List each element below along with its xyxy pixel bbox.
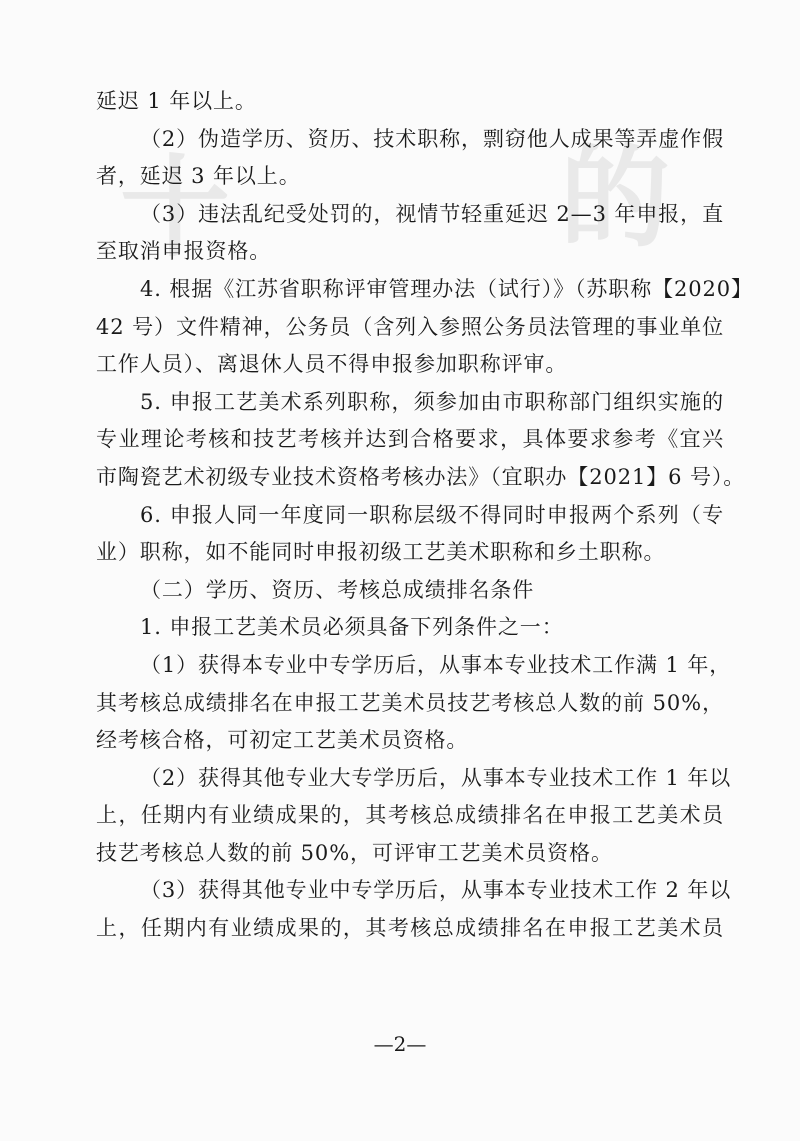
text-line: 上，任期内有业绩成果的，其考核总成绩排名在申报工艺美术员 bbox=[96, 797, 724, 835]
text-line: 者，延迟 3 年以上。 bbox=[96, 158, 724, 196]
text-line: 业）职称，如不能同时申报初级工艺美术职称和乡土职称。 bbox=[96, 534, 724, 572]
text-line: 工作人员）、离退休人员不得申报参加职称评审。 bbox=[96, 346, 724, 384]
text-line: （2）获得其他专业大专学历后，从事本专业技术工作 1 年以 bbox=[96, 760, 724, 798]
text-line: 延迟 1 年以上。 bbox=[96, 83, 724, 121]
text-line: 1. 申报工艺美术员必须具备下列条件之一： bbox=[96, 609, 724, 647]
text-line: 4. 根据《江苏省职称评审管理办法（试行）》（苏职称【2020】 bbox=[96, 271, 724, 309]
text-line: 经考核合格，可初定工艺美术员资格。 bbox=[96, 722, 724, 760]
text-line: 其考核总成绩排名在申报工艺美术员技艺考核总人数的前 50%， bbox=[96, 685, 724, 723]
text-line: 6. 申报人同一年度同一职称层级不得同时申报两个系列（专 bbox=[96, 497, 724, 535]
text-line: （2）伪造学历、资历、技术职称，剽窃他人成果等弄虚作假 bbox=[96, 121, 724, 159]
text-line: 技艺考核总人数的前 50%，可评审工艺美术员资格。 bbox=[96, 835, 724, 873]
text-line: 专业理论考核和技艺考核并达到合格要求，具体要求参考《宜兴 bbox=[96, 421, 724, 459]
text-line: （3）获得其他专业中专学历后，从事本专业技术工作 2 年以 bbox=[96, 872, 724, 910]
text-line: （1）获得本专业中专学历后，从事本专业技术工作满 1 年， bbox=[96, 647, 724, 685]
page-number: —2— bbox=[0, 1032, 800, 1056]
text-line: 42 号）文件精神，公务员（含列入参照公务员法管理的事业单位 bbox=[96, 309, 724, 347]
text-line: 市陶瓷艺术初级专业技术资格考核办法》（宜职办【2021】6 号）。 bbox=[96, 459, 724, 497]
text-line: 上，任期内有业绩成果的，其考核总成绩排名在申报工艺美术员 bbox=[96, 910, 724, 948]
text-line: （3）违法乱纪受处罚的，视情节轻重延迟 2—3 年申报，直 bbox=[96, 196, 724, 234]
text-line: 5. 申报工艺美术系列职称，须参加由市职称部门组织实施的 bbox=[96, 384, 724, 422]
document-body: 延迟 1 年以上。（2）伪造学历、资历、技术职称，剽窃他人成果等弄虚作假者，延迟… bbox=[96, 83, 724, 948]
text-line: （二）学历、资历、考核总成绩排名条件 bbox=[96, 572, 724, 610]
text-line: 至取消申报资格。 bbox=[96, 233, 724, 271]
